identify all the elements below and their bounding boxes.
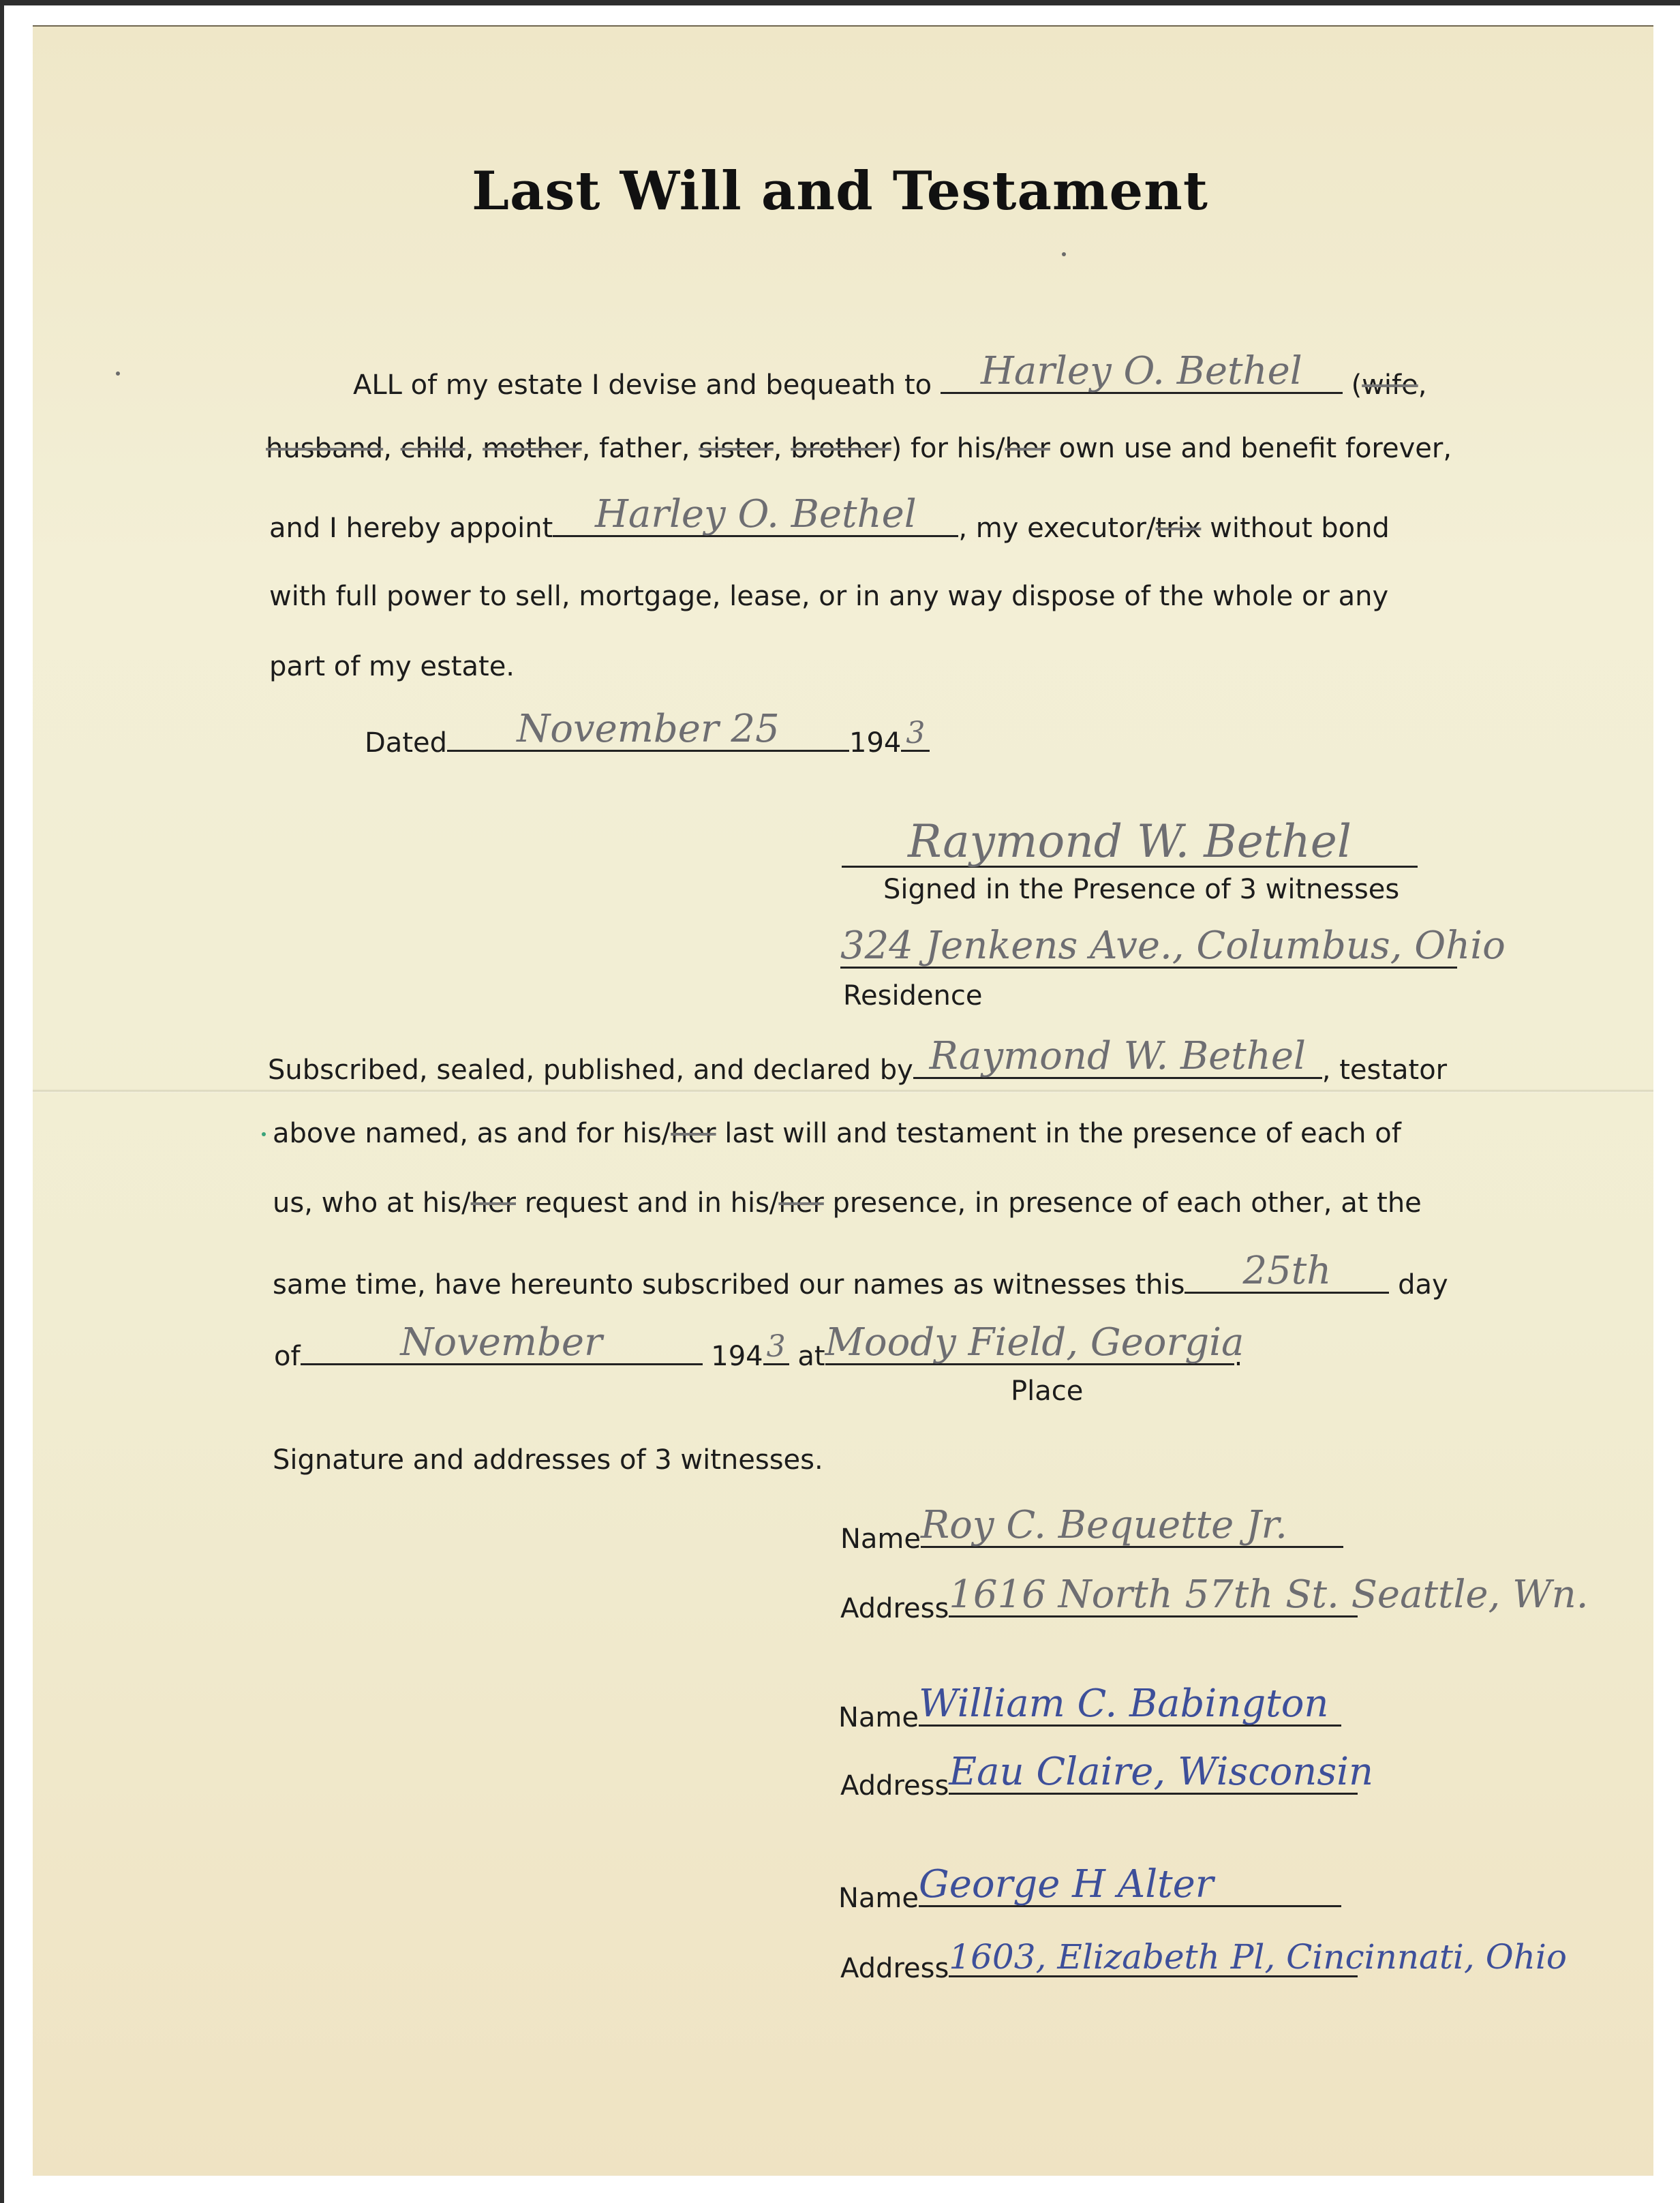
witness-1-name-field[interactable]: Roy C. Bequette Jr. (921, 1519, 1343, 1548)
residence-line: 324 Jenkens Ave., Columbus, Ohio (840, 939, 1457, 973)
witness-2-name-field[interactable]: William C. Babington (919, 1697, 1341, 1727)
relation-mother: mother (483, 433, 582, 464)
witness-1-address: 1616 North 57th St. Seattle, Wn. (949, 1576, 1358, 1614)
witness-3-name-row: Name George H Alter (838, 1878, 1341, 1912)
relation-wife: wife (1362, 369, 1418, 401)
pronoun-her-struck: her (671, 1118, 716, 1149)
scanner-edge-top (0, 0, 1680, 5)
testator-signature: Raymond W. Bethel (842, 819, 1418, 864)
place-field[interactable]: Moody Field, Georgia (825, 1336, 1234, 1365)
witness-3-address-field[interactable]: 1603, Elizabeth Pl, Cincinnati, Ohio (949, 1948, 1358, 1977)
power-line: with full power to sell, mortgage, lease… (269, 583, 1388, 610)
signature-caption: Signed in the Presence of 3 witnesses (883, 874, 1399, 905)
attest-year-digit-field[interactable]: 3 (763, 1336, 789, 1365)
bequest-line-1: ALL of my estate I devise and bequeath t… (353, 365, 1426, 399)
pronoun-her-struck: her (1005, 433, 1050, 464)
attestation-testator-field[interactable]: Raymond W. Bethel (913, 1050, 1322, 1079)
witness-3-address-row: Address 1603, Elizabeth Pl, Cincinnati, … (840, 1948, 1358, 1982)
witness-2-address-row: Address Eau Claire, Wisconsin (840, 1765, 1358, 1799)
testator-signature-field[interactable]: Raymond W. Bethel (842, 832, 1418, 868)
executor-field[interactable]: Harley O. Bethel (553, 508, 958, 537)
attestation-line-2: above named, as and for his/her last wil… (273, 1120, 1401, 1147)
witness-2-name: William C. Babington (919, 1685, 1341, 1723)
witness-3-name-field[interactable]: George H Alter (919, 1878, 1341, 1907)
dated-line: Dated November 25 194 3 (365, 723, 930, 757)
day-handwriting: 25th (1185, 1252, 1389, 1290)
day-field[interactable]: 25th (1185, 1264, 1389, 1294)
paper-speck (116, 371, 120, 376)
witness-2-name-row: Name William C. Babington (838, 1697, 1341, 1731)
month-field[interactable]: November (301, 1336, 703, 1365)
residence-field[interactable]: 324 Jenkens Ave., Columbus, Ohio (840, 939, 1457, 969)
witness-1-address-row: Address 1616 North 57th St. Seattle, Wn. (840, 1588, 1358, 1622)
beneficiary-handwriting: Harley O. Bethel (941, 352, 1343, 391)
relation-child: child (401, 433, 465, 464)
place-caption: Place (1011, 1376, 1083, 1407)
witness-3-name: George H Alter (919, 1866, 1341, 1904)
relation-sister: sister (699, 433, 774, 464)
relation-father: father (599, 433, 682, 464)
witness-1-name-row: Name Roy C. Bequette Jr. (840, 1519, 1343, 1553)
testator-signature-line: Raymond W. Bethel (842, 832, 1418, 872)
residence-handwriting: 324 Jenkens Ave., Columbus, Ohio (840, 927, 1457, 965)
residence-caption: Residence (843, 980, 983, 1012)
relation-husband: husband (266, 433, 383, 464)
attestation-line-3: us, who at his/her request and in his/he… (273, 1189, 1422, 1217)
scanner-edge-left (0, 0, 4, 2203)
pronoun-her-struck: her (778, 1187, 823, 1219)
witness-2-address-field[interactable]: Eau Claire, Wisconsin (949, 1765, 1358, 1795)
paper-speck (262, 1132, 266, 1136)
witness-1-name: Roy C. Bequette Jr. (921, 1506, 1343, 1545)
document-title: Last Will and Testament (0, 160, 1680, 222)
pronoun-her-struck: her (471, 1187, 516, 1219)
estate-line: part of my estate. (269, 653, 515, 680)
relation-brother: brother (791, 433, 891, 464)
executor-line: and I hereby appoint Harley O. Bethel , … (269, 508, 1390, 542)
paper-speck (1062, 252, 1066, 256)
attestation-line-4: same time, have hereunto subscribed our … (273, 1264, 1448, 1298)
bequest-intro: ALL of my estate I devise and bequeath t… (353, 369, 932, 401)
witness-1-address-field[interactable]: 1616 North 57th St. Seattle, Wn. (949, 1588, 1358, 1617)
paper-fold-crease (33, 1089, 1653, 1093)
date-handwriting: November 25 (447, 710, 849, 748)
year-digit-field[interactable]: 3 (901, 723, 930, 752)
attestation-line-5: of November 194 3 at Moody Field, Georgi… (274, 1336, 1242, 1370)
attestation-line-1: Subscribed, sealed, published, and decla… (268, 1050, 1447, 1084)
witnesses-heading: Signature and addresses of 3 witnesses. (273, 1446, 823, 1474)
executor-handwriting: Harley O. Bethel (553, 496, 958, 534)
place-handwriting: Moody Field, Georgia (825, 1324, 1234, 1362)
witness-3-address: 1603, Elizabeth Pl, Cincinnati, Ohio (949, 1940, 1358, 1974)
document-page (33, 25, 1653, 2176)
beneficiary-field[interactable]: Harley O. Bethel (941, 365, 1343, 394)
bequest-line-2: husband, child, mother, father, sister, … (266, 435, 1452, 462)
witness-2-address: Eau Claire, Wisconsin (949, 1753, 1358, 1791)
month-handwriting: November (301, 1324, 703, 1362)
dated-label: Dated (365, 727, 447, 759)
attestation-testator-handwriting: Raymond W. Bethel (913, 1037, 1322, 1076)
executrix-struck: trix (1155, 513, 1201, 544)
date-field[interactable]: November 25 (447, 723, 849, 752)
